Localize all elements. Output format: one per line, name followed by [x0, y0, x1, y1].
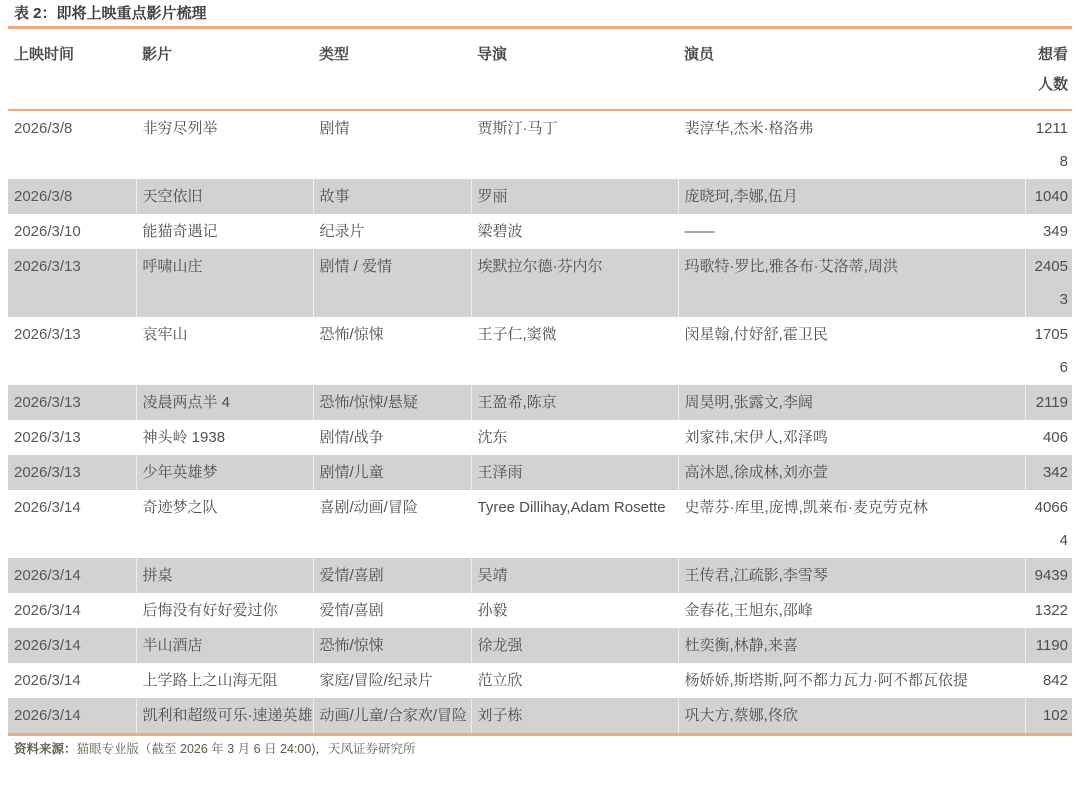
cell-director: 沈东: [471, 420, 678, 455]
cell-release-date: 2026/3/13: [8, 317, 136, 385]
cell-want-count: 24053: [1025, 249, 1072, 317]
cell-want-count: 17056: [1025, 317, 1072, 385]
cell-film-title: 凯利和超级可乐·速递英雄: [136, 698, 313, 733]
cell-director: 罗丽: [471, 179, 678, 214]
cell-actors: 杨娇娇,斯塔斯,阿不都力瓦力·阿不都瓦依提: [678, 663, 1025, 698]
source-text: 猫眼专业版（截至 2026 年 3 月 6 日 24:00)，天风证券研究所: [77, 742, 416, 756]
cell-director: Tyree Dillihay,Adam Rosette: [471, 490, 678, 558]
col-header-release-date: 上映时间: [8, 29, 136, 110]
cell-film-title: 呼啸山庄: [136, 249, 313, 317]
cell-want-count: 342: [1025, 455, 1072, 490]
cell-genre: 剧情/战争: [313, 420, 471, 455]
cell-film-title: 神头岭 1938: [136, 420, 313, 455]
cell-actors: 金春花,王旭东,邵峰: [678, 593, 1025, 628]
cell-film-title: 半山酒店: [136, 628, 313, 663]
cell-release-date: 2026/3/8: [8, 179, 136, 214]
cell-film-title: 后悔没有好好爱过你: [136, 593, 313, 628]
source-note: 资料来源：猫眼专业版（截至 2026 年 3 月 6 日 24:00)，天风证券…: [14, 741, 1072, 758]
table-row: 2026/3/14 半山酒店 恐怖/惊悚 徐龙强 杜奕衡,林静,来喜 1190: [8, 628, 1072, 663]
report-page: 表 2：即将上映重点影片梳理 上映时间 影片 类型 导演 演员 想看人数 202…: [0, 0, 1080, 812]
cell-want-count: 40664: [1025, 490, 1072, 558]
cell-director: 徐龙强: [471, 628, 678, 663]
cell-genre: 纪录片: [313, 214, 471, 249]
cell-actors: 高沐恩,徐成林,刘亦萱: [678, 455, 1025, 490]
cell-genre: 家庭/冒险/纪录片: [313, 663, 471, 698]
cell-want-count: 102: [1025, 698, 1072, 733]
cell-release-date: 2026/3/14: [8, 490, 136, 558]
cell-genre: 动画/儿童/合家欢/冒险: [313, 698, 471, 733]
cell-release-date: 2026/3/14: [8, 628, 136, 663]
table-row: 2026/3/13 呼啸山庄 剧情 / 爱情 埃默拉尔德·芬内尔 玛歌特·罗比,…: [8, 249, 1072, 317]
cell-director: 吴靖: [471, 558, 678, 593]
table-row: 2026/3/13 神头岭 1938 剧情/战争 沈东 刘家祎,宋伊人,邓泽鸣 …: [8, 420, 1072, 455]
cell-film-title: 哀牢山: [136, 317, 313, 385]
cell-want-count: 842: [1025, 663, 1072, 698]
cell-director: 王泽雨: [471, 455, 678, 490]
cell-film-title: 上学路上之山海无阻: [136, 663, 313, 698]
cell-want-count: 12118: [1025, 110, 1072, 179]
cell-director: 王盈希,陈京: [471, 385, 678, 420]
cell-release-date: 2026/3/14: [8, 698, 136, 733]
cell-genre: 剧情/儿童: [313, 455, 471, 490]
cell-genre: 故事: [313, 179, 471, 214]
table-row: 2026/3/13 凌晨两点半 4 恐怖/惊悚/悬疑 王盈希,陈京 周昊明,张露…: [8, 385, 1072, 420]
cell-film-title: 少年英雄梦: [136, 455, 313, 490]
cell-want-count: 349: [1025, 214, 1072, 249]
table-header: 上映时间 影片 类型 导演 演员 想看人数: [8, 29, 1072, 110]
cell-release-date: 2026/3/13: [8, 249, 136, 317]
cell-release-date: 2026/3/10: [8, 214, 136, 249]
cell-film-title: 凌晨两点半 4: [136, 385, 313, 420]
cell-actors: 史蒂芬·库里,庞博,凯莱布·麦克劳克林: [678, 490, 1025, 558]
table-row: 2026/3/8 天空依旧 故事 罗丽 庞晓珂,李娜,伍月 1040: [8, 179, 1072, 214]
cell-genre: 爱情/喜剧: [313, 558, 471, 593]
cell-director: 范立欣: [471, 663, 678, 698]
cell-release-date: 2026/3/14: [8, 593, 136, 628]
table-body: 2026/3/8 非穷尽列举 剧情 贾斯汀·马丁 裴淳华,杰米·格洛弗 1211…: [8, 110, 1072, 733]
cell-actors: 杜奕衡,林静,来喜: [678, 628, 1025, 663]
cell-release-date: 2026/3/13: [8, 420, 136, 455]
cell-genre: 恐怖/惊悚: [313, 317, 471, 385]
table-row: 2026/3/13 少年英雄梦 剧情/儿童 王泽雨 高沐恩,徐成林,刘亦萱 34…: [8, 455, 1072, 490]
table-row: 2026/3/8 非穷尽列举 剧情 贾斯汀·马丁 裴淳华,杰米·格洛弗 1211…: [8, 110, 1072, 179]
cell-genre: 剧情 / 爱情: [313, 249, 471, 317]
cell-director: 孙毅: [471, 593, 678, 628]
cell-actors: 刘家祎,宋伊人,邓泽鸣: [678, 420, 1025, 455]
cell-want-count: 2119: [1025, 385, 1072, 420]
table-row: 2026/3/14 奇迹梦之队 喜剧/动画/冒险 Tyree Dillihay,…: [8, 490, 1072, 558]
cell-want-count: 406: [1025, 420, 1072, 455]
cell-film-title: 奇迹梦之队: [136, 490, 313, 558]
cell-release-date: 2026/3/13: [8, 385, 136, 420]
cell-actors: 王传君,江疏影,李雪琴: [678, 558, 1025, 593]
cell-actors: 庞晓珂,李娜,伍月: [678, 179, 1025, 214]
cell-genre: 爱情/喜剧: [313, 593, 471, 628]
table-row: 2026/3/13 哀牢山 恐怖/惊悚 王子仁,窦微 闵星翰,付妤舒,霍卫民 1…: [8, 317, 1072, 385]
upcoming-films-table-wrap: 上映时间 影片 类型 导演 演员 想看人数 2026/3/8 非穷尽列举 剧情 …: [8, 26, 1072, 736]
cell-actors: 巩大方,蔡娜,佟欣: [678, 698, 1025, 733]
cell-film-title: 非穷尽列举: [136, 110, 313, 179]
cell-want-count: 1322: [1025, 593, 1072, 628]
col-header-actors: 演员: [678, 29, 1025, 110]
cell-want-count: 9439: [1025, 558, 1072, 593]
col-header-film: 影片: [136, 29, 313, 110]
cell-release-date: 2026/3/14: [8, 663, 136, 698]
table-title: 表 2：即将上映重点影片梳理: [14, 4, 1072, 23]
col-header-genre: 类型: [313, 29, 471, 110]
cell-film-title: 能猫奇遇记: [136, 214, 313, 249]
upcoming-films-table: 上映时间 影片 类型 导演 演员 想看人数 2026/3/8 非穷尽列举 剧情 …: [8, 29, 1072, 733]
cell-director: 梁碧波: [471, 214, 678, 249]
cell-actors: ——: [678, 214, 1025, 249]
cell-genre: 剧情: [313, 110, 471, 179]
cell-actors: 玛歌特·罗比,雅各布·艾洛蒂,周洪: [678, 249, 1025, 317]
cell-actors: 裴淳华,杰米·格洛弗: [678, 110, 1025, 179]
header-row: 上映时间 影片 类型 导演 演员 想看人数: [8, 29, 1072, 110]
cell-director: 刘子栋: [471, 698, 678, 733]
cell-director: 埃默拉尔德·芬内尔: [471, 249, 678, 317]
table-row: 2026/3/10 能猫奇遇记 纪录片 梁碧波 —— 349: [8, 214, 1072, 249]
table-row: 2026/3/14 上学路上之山海无阻 家庭/冒险/纪录片 范立欣 杨娇娇,斯塔…: [8, 663, 1072, 698]
col-header-director: 导演: [471, 29, 678, 110]
cell-genre: 喜剧/动画/冒险: [313, 490, 471, 558]
source-label: 资料来源：: [14, 742, 77, 756]
table-row: 2026/3/14 凯利和超级可乐·速递英雄 动画/儿童/合家欢/冒险 刘子栋 …: [8, 698, 1072, 733]
table-row: 2026/3/14 拼桌 爱情/喜剧 吴靖 王传君,江疏影,李雪琴 9439: [8, 558, 1072, 593]
table-row: 2026/3/14 后悔没有好好爱过你 爱情/喜剧 孙毅 金春花,王旭东,邵峰 …: [8, 593, 1072, 628]
col-header-want-count: 想看人数: [1025, 29, 1072, 110]
cell-want-count: 1040: [1025, 179, 1072, 214]
cell-release-date: 2026/3/14: [8, 558, 136, 593]
cell-genre: 恐怖/惊悚/悬疑: [313, 385, 471, 420]
cell-release-date: 2026/3/13: [8, 455, 136, 490]
cell-want-count: 1190: [1025, 628, 1072, 663]
cell-release-date: 2026/3/8: [8, 110, 136, 179]
cell-director: 贾斯汀·马丁: [471, 110, 678, 179]
cell-film-title: 拼桌: [136, 558, 313, 593]
cell-film-title: 天空依旧: [136, 179, 313, 214]
cell-director: 王子仁,窦微: [471, 317, 678, 385]
cell-actors: 闵星翰,付妤舒,霍卫民: [678, 317, 1025, 385]
cell-genre: 恐怖/惊悚: [313, 628, 471, 663]
cell-actors: 周昊明,张露文,李阔: [678, 385, 1025, 420]
